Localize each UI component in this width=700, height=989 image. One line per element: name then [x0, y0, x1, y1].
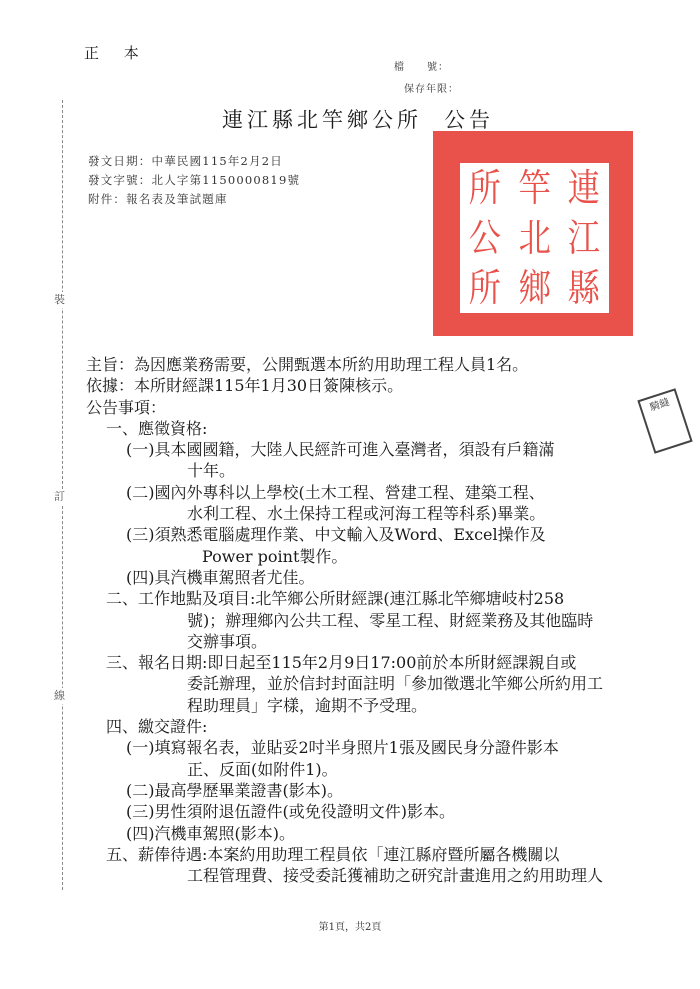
- seam-stamp: 騎縫: [637, 388, 692, 454]
- seal-character: 江: [563, 213, 605, 263]
- document-3: (三)男性須附退伍證件(或免役證明文件)影本。: [86, 801, 626, 822]
- section-3-registration: 三、報名日期:即日起至115年2月9日17:00前於本所財經課親自或: [86, 652, 626, 673]
- qualification-1-cont: 十年。: [86, 460, 626, 481]
- seal-character: 竿: [513, 163, 555, 213]
- document-1: (一)填寫報名表，並貼妥2吋半身照片1張及國民身分證件影本: [86, 737, 626, 758]
- page-indicator: 第1頁，共2頁: [0, 918, 700, 933]
- issue-number: 發文字號：北人字第1150000819號: [88, 172, 300, 188]
- seal-character: 北: [513, 213, 555, 263]
- section-1-title: 一、應徵資格:: [86, 418, 626, 439]
- qualification-4: (四)具汽機車駕照者尤佳。: [86, 567, 626, 588]
- section-4-title: 四、繳交證件:: [86, 716, 626, 737]
- qualification-1: (一)具本國國籍，大陸人民經許可進入臺灣者，須設有戶籍滿: [86, 439, 626, 460]
- section-2-workplace: 二、工作地點及項目:北竿鄉公所財經課(連江縣北竿鄉塘岐村258: [86, 588, 626, 609]
- attachments: 附件：報名表及筆試題庫: [88, 191, 228, 207]
- binding-mark-xian: 線: [54, 688, 65, 704]
- binding-mark-zhuang: 裝: [54, 292, 65, 308]
- section-5-salary: 五、薪俸待遇:本案約用助理工程員依「連江縣府暨所屬各機關以: [86, 844, 626, 865]
- announcement-body: 主旨：為因應業務需要，公開甄選本所約用助理工程人員1名。 依據：本所財經課115…: [86, 354, 626, 886]
- document-2: (二)最高學歷畢業證書(影本)。: [86, 780, 626, 801]
- section-5-cont: 工程管理費、接受委託獲補助之研究計畫進用之約用助理人: [86, 865, 626, 886]
- section-2-cont-2: 交辦事項。: [86, 631, 626, 652]
- items-heading: 公告事項：: [86, 397, 626, 418]
- issue-date: 發文日期：中華民國115年2月2日: [88, 153, 283, 169]
- document-1-cont: 正、反面(如附件1)。: [86, 759, 626, 780]
- document-type: 公告: [444, 108, 494, 132]
- basis: 依據：本所財經課115年1月30日簽陳核示。: [86, 375, 626, 396]
- seal-character: 連: [563, 163, 605, 213]
- file-number-label: 檔 號：: [394, 58, 449, 73]
- section-2-cont-1: 號)；辦理鄉內公共工程、零星工程、財經業務及其他臨時: [86, 610, 626, 631]
- section-3-cont-2: 程助理員」字樣，逾期不予受理。: [86, 695, 626, 716]
- document-4: (四)汽機車駕照(影本)。: [86, 823, 626, 844]
- agency-name: 連江縣北竿鄉公所: [222, 108, 422, 132]
- subject: 主旨：為因應業務需要，公開甄選本所約用助理工程人員1名。: [86, 354, 626, 375]
- qualification-2-cont: 水利工程、水土保持工程或河海工程等科系)畢業。: [86, 503, 626, 524]
- qualification-2: (二)國內外專科以上學校(土木工程、營建工程、建築工程、: [86, 482, 626, 503]
- seal-inscription: 所 竿 連 公 北 江 所 鄉 縣: [460, 163, 609, 313]
- seal-character: 鄉: [513, 263, 555, 313]
- document-title: 連江縣北竿鄉公所公告: [222, 104, 494, 134]
- seal-character: 所: [464, 263, 506, 313]
- seal-character: 公: [464, 213, 506, 263]
- binding-mark-ding: 訂: [54, 489, 65, 505]
- seal-character: 縣: [563, 263, 605, 313]
- seal-character: 所: [464, 163, 506, 213]
- qualification-3: (三)須熟悉電腦處理作業、中文輸入及Word、Excel操作及: [86, 524, 626, 545]
- copy-mark: 正 本: [84, 42, 149, 63]
- qualification-3-cont: Power point製作。: [86, 546, 626, 567]
- official-seal: 所 竿 連 公 北 江 所 鄉 縣: [433, 131, 633, 336]
- section-3-cont-1: 委託辦理，並於信封封面註明「參加徵選北竿鄉公所約用工: [86, 673, 626, 694]
- retention-period-label: 保存年限：: [404, 80, 459, 95]
